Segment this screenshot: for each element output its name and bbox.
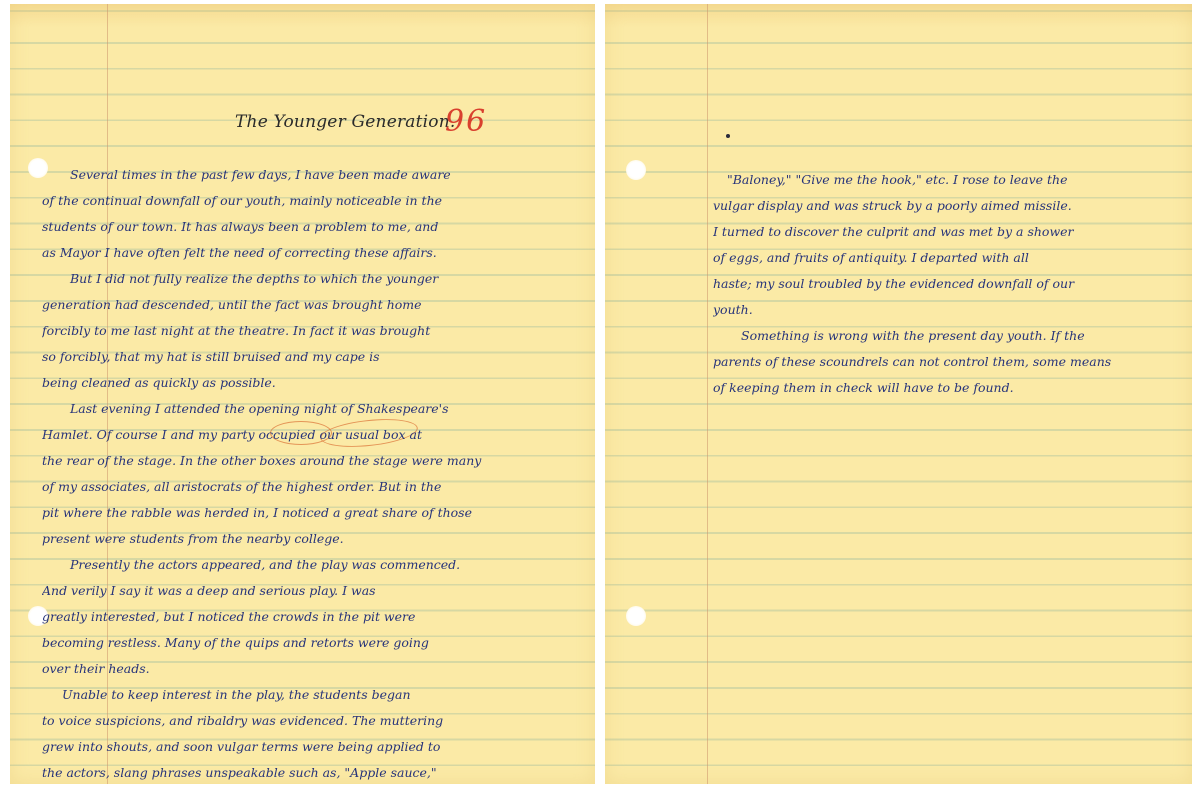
text-line: greatly interested, but I noticed the cr… — [42, 604, 590, 630]
essay-body-right: "Baloney," "Give me the hook," etc. I ro… — [713, 167, 1183, 401]
text-line: of eggs, and fruits of antiquity. I depa… — [713, 245, 1183, 271]
text-line: forcibly to me last night at the theatre… — [42, 318, 590, 344]
text-line: Something is wrong with the present day … — [713, 323, 1183, 349]
text-line: Hamlet. Of course I and my party occupie… — [42, 422, 590, 448]
text-line: so forcibly, that my hat is still bruise… — [42, 344, 590, 370]
ink-dot — [726, 134, 730, 138]
text-line: of the continual downfall of our youth, … — [42, 188, 590, 214]
text-line: over their heads. — [42, 656, 590, 682]
left-notebook-page: The Younger Generation. 96 Several times… — [10, 4, 595, 784]
text-line: youth. — [713, 297, 1183, 323]
text-line: vulgar display and was struck by a poorl… — [713, 193, 1183, 219]
essay-body-left: Several times in the past few days, I ha… — [42, 162, 590, 786]
text-line: But I did not fully realize the depths t… — [42, 266, 590, 292]
text-line: the rear of the stage. In the other boxe… — [42, 448, 590, 474]
text-line: students of our town. It has always been… — [42, 214, 590, 240]
text-line: as Mayor I have often felt the need of c… — [42, 240, 590, 266]
text-line: pit where the rabble was herded in, I no… — [42, 500, 590, 526]
punch-hole-top — [626, 160, 646, 180]
punch-hole-bottom — [626, 606, 646, 626]
text-line: to voice suspicions, and ribaldry was ev… — [42, 708, 590, 734]
text-line: present were students from the nearby co… — [42, 526, 590, 552]
text-line: Unable to keep interest in the play, the… — [42, 682, 590, 708]
right-notebook-page: "Baloney," "Give me the hook," etc. I ro… — [605, 4, 1192, 784]
grade-mark: 96 — [445, 104, 487, 139]
text-line: of my associates, all aristocrats of the… — [42, 474, 590, 500]
text-line: parents of these scoundrels can not cont… — [713, 349, 1183, 375]
text-line: of keeping them in check will have to be… — [713, 375, 1183, 401]
text-line: Several times in the past few days, I ha… — [42, 162, 590, 188]
text-line: generation had descended, until the fact… — [42, 292, 590, 318]
text-line: the actors, slang phrases unspeakable su… — [42, 760, 590, 786]
text-line: haste; my soul troubled by the evidenced… — [713, 271, 1183, 297]
text-line: I turned to discover the culprit and was… — [713, 219, 1183, 245]
text-line: becoming restless. Many of the quips and… — [42, 630, 590, 656]
text-line: "Baloney," "Give me the hook," etc. I ro… — [713, 167, 1183, 193]
text-line: Last evening I attended the opening nigh… — [42, 396, 590, 422]
text-line: being cleaned as quickly as possible. — [42, 370, 590, 396]
text-line: grew into shouts, and soon vulgar terms … — [42, 734, 590, 760]
essay-heading: The Younger Generation. 96 — [235, 104, 555, 144]
text-line: And verily I say it was a deep and serio… — [42, 578, 590, 604]
margin-rule — [707, 4, 708, 784]
essay-title: The Younger Generation. — [235, 112, 455, 132]
text-line: Presently the actors appeared, and the p… — [42, 552, 590, 578]
